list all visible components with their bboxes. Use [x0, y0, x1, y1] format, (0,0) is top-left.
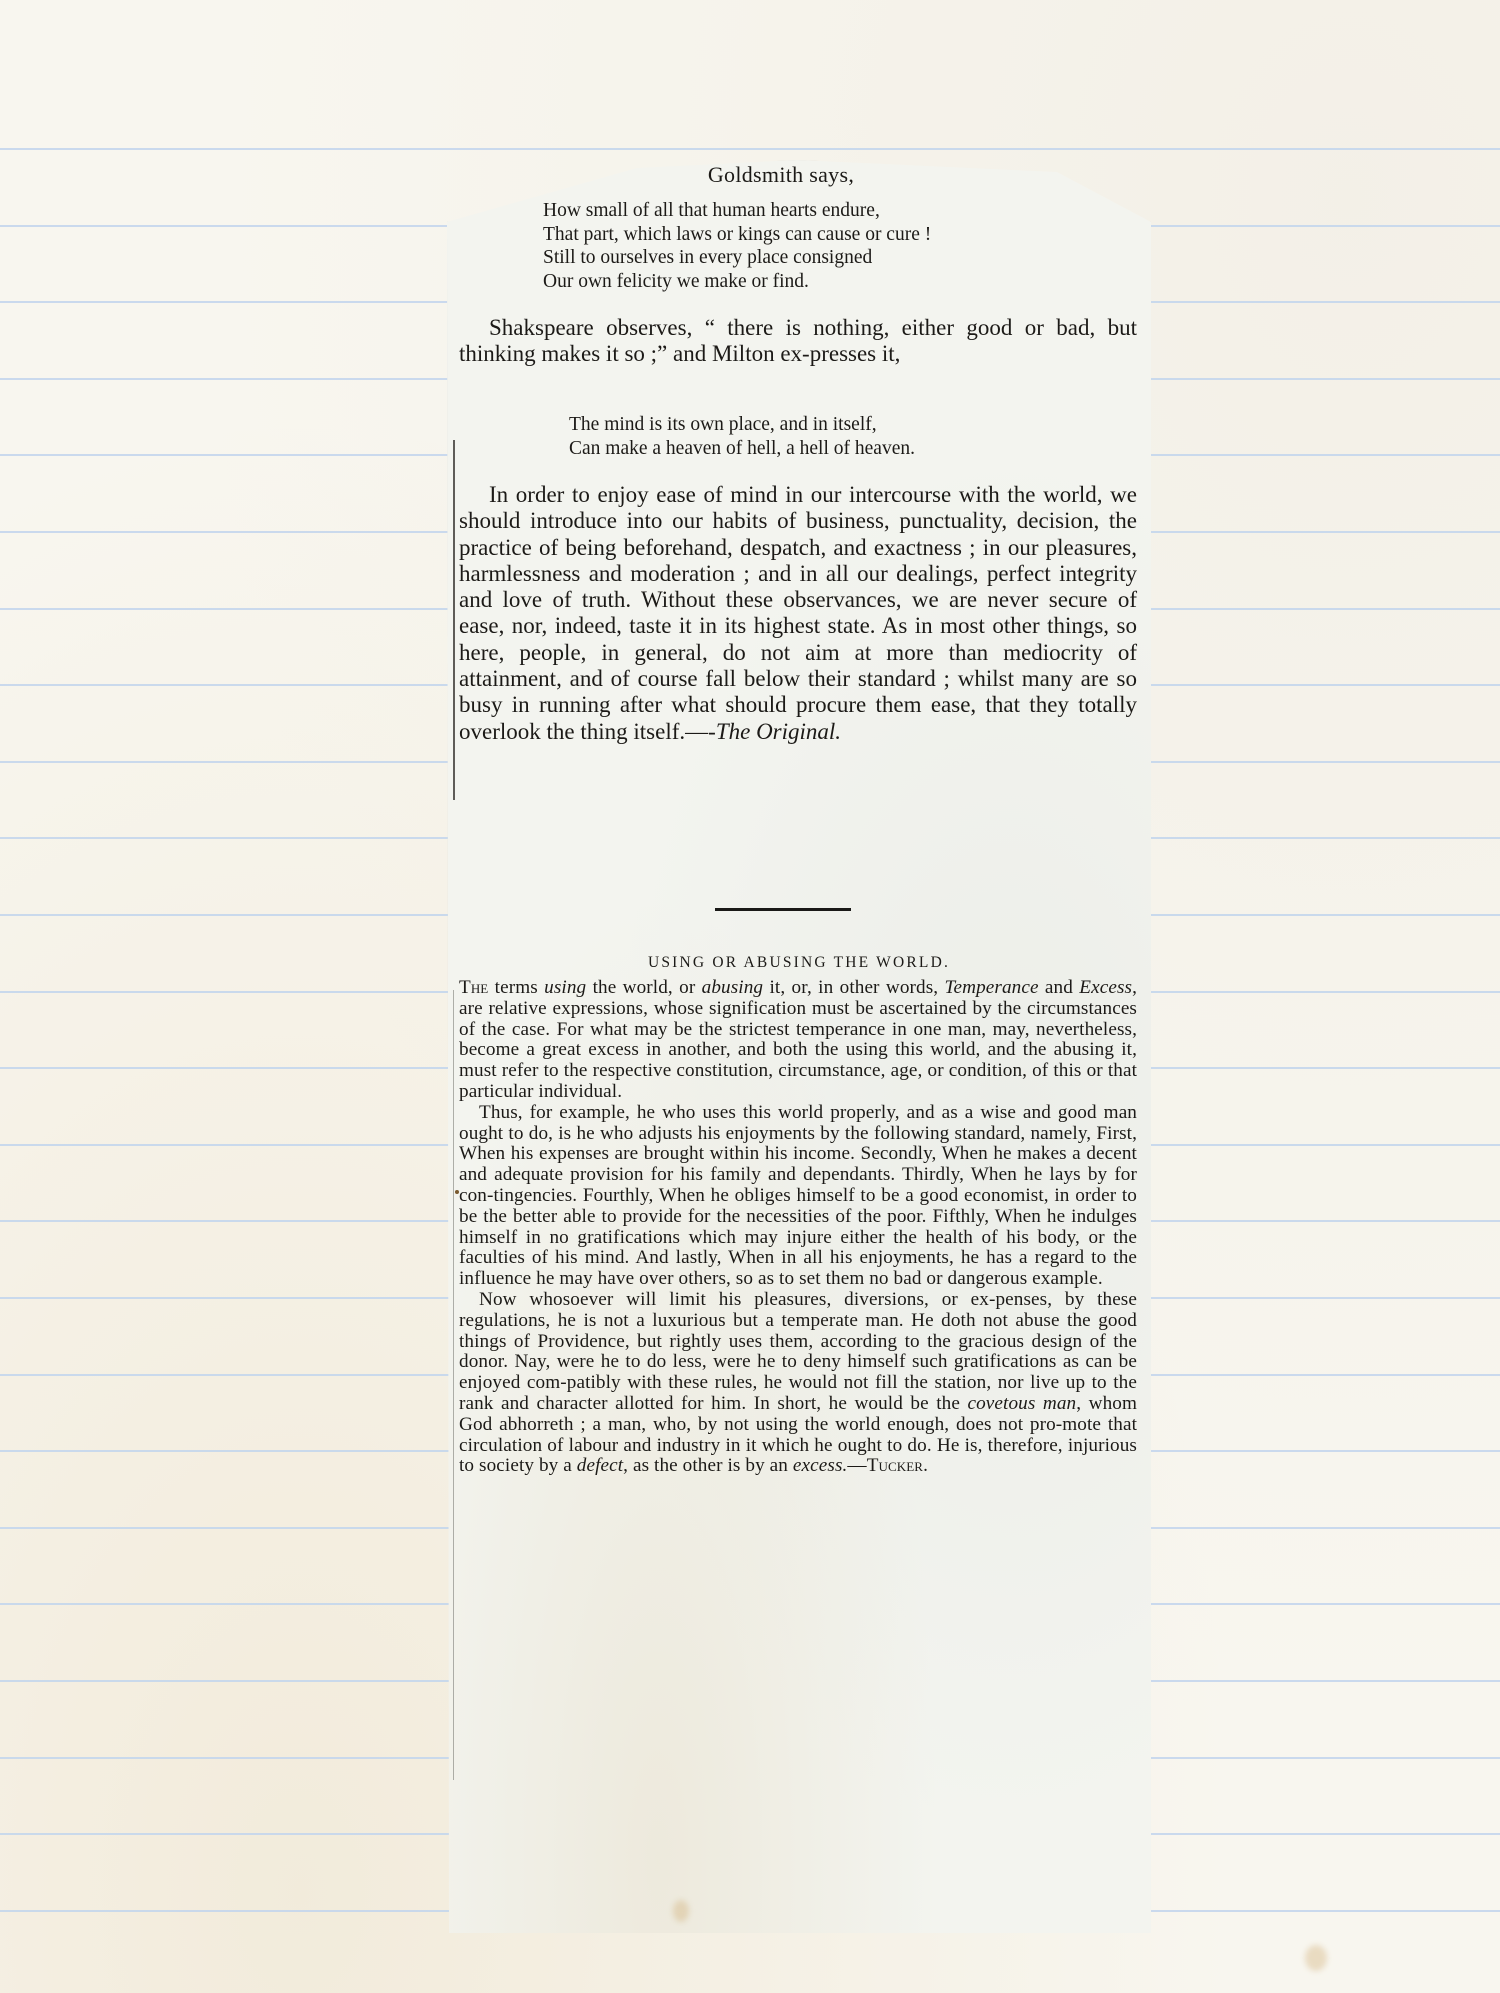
article-paragraph: Thus, for example, he who uses this worl…	[459, 1103, 1137, 1290]
article-paragraph: The terms using the world, or abusing it…	[459, 978, 1137, 1103]
milton-verse: The mind is its own place, and in itself…	[569, 413, 915, 460]
article-body: The terms using the world, or abusing it…	[459, 978, 1137, 1477]
goldsmith-heading: Goldsmith says,	[447, 162, 1151, 188]
verse-line: That part, which laws or kings can cause…	[543, 223, 931, 247]
verse-line: How small of all that human hearts endur…	[543, 199, 931, 223]
verse-line: Still to ourselves in every place consig…	[543, 246, 931, 270]
newspaper-clipping: Goldsmith says, How small of all that hu…	[447, 160, 1151, 1933]
goldsmith-verse: How small of all that human hearts endur…	[543, 199, 931, 293]
paper-stain	[673, 1900, 689, 1922]
paper-stain	[1305, 1945, 1327, 1971]
article-paragraph: Now whosoever will limit his pleasures, …	[459, 1290, 1137, 1477]
ruled-line	[0, 148, 1500, 150]
bleed-through-handwriting	[840, 100, 1260, 140]
ease-of-mind-paragraph: In order to enjoy ease of mind in our in…	[459, 482, 1137, 745]
verse-line: The mind is its own place, and in itself…	[569, 413, 915, 437]
verse-line: Our own felicity we make or find.	[543, 270, 931, 294]
article-title: USING OR ABUSING THE WORLD.	[447, 954, 1151, 972]
column-rule-lower	[453, 990, 454, 1780]
shakspeare-paragraph: Shakspeare observes, “ there is nothing,…	[459, 315, 1137, 368]
ink-spot	[455, 1190, 459, 1194]
section-separator-rule	[715, 908, 851, 911]
notebook-page: Goldsmith says, How small of all that hu…	[0, 0, 1500, 1993]
attribution: The Original.	[716, 719, 841, 744]
verse-line: Can make a heaven of hell, a hell of hea…	[569, 437, 915, 461]
column-rule	[453, 440, 455, 800]
author-signature: Tucker.	[867, 1455, 928, 1476]
